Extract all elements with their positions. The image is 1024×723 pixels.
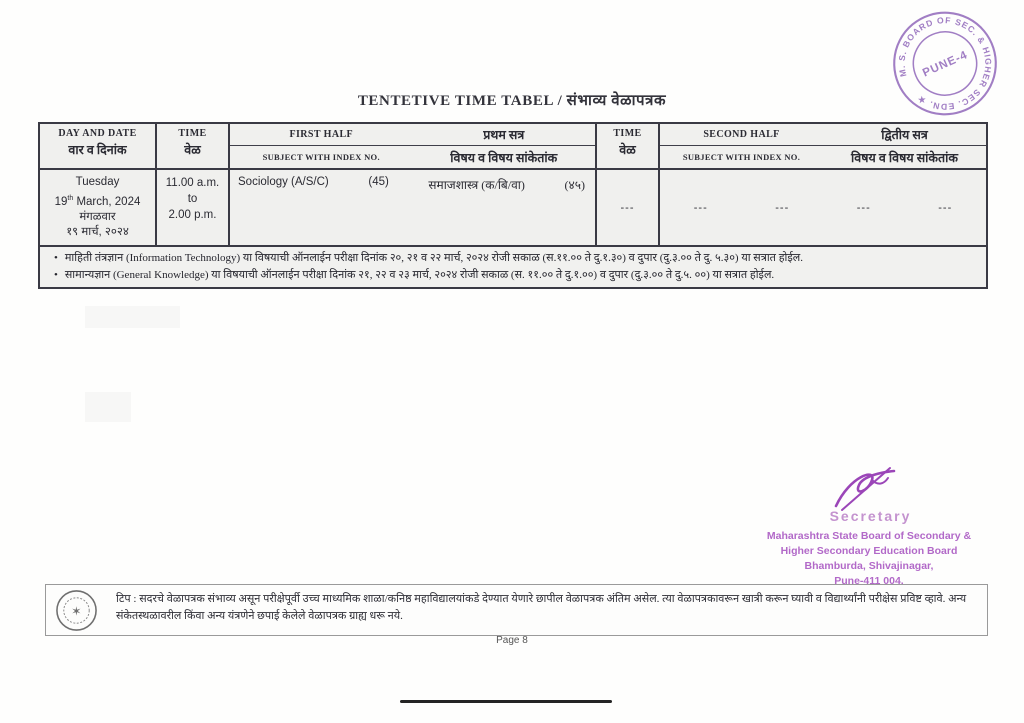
second-half-dash: ---: [857, 202, 871, 214]
board-emblem-seal-icon: ✶: [54, 588, 99, 633]
second-time-dash: ---: [621, 202, 635, 214]
second-half-dash: ---: [694, 202, 708, 214]
org-address-1: Bhamburda, Shivajinagar,: [740, 559, 998, 574]
scan-bleed-artifact: [85, 306, 180, 328]
second-half-subject-cell: --- --- --- ---: [660, 170, 986, 246]
subject-index-en: (45): [368, 176, 388, 188]
time-end: 2.00 p.m.: [169, 207, 217, 223]
header-first-subject-en: SUBJECT WITH INDEX NO.: [230, 152, 413, 162]
header-first-half-mr: प्रथम सत्र: [413, 126, 596, 143]
second-half-dash: ---: [775, 202, 789, 214]
day-name-mr: मंगळवार: [79, 210, 115, 226]
subject-index-mr: (४५): [564, 176, 584, 193]
timetable-data-row: Tuesday 19th March, 2024 मंगळवार १९ मार्…: [40, 170, 986, 246]
scanned-timetable-page: TENTETIVE TIME TABEL / संभाव्य वेळापत्रक…: [0, 0, 1024, 723]
org-line-1: Maharashtra State Board of Secondary &: [740, 529, 998, 544]
time-cell: 11.00 a.m. to 2.00 p.m.: [157, 170, 230, 246]
date-en: 19th March, 2024: [55, 191, 141, 210]
scan-bleed-artifact: [85, 392, 131, 422]
header-time-first-en: TIME: [178, 128, 206, 139]
header-day-and-date-mr: वार व दिनांक: [68, 141, 126, 158]
second-time-cell: ---: [597, 170, 660, 246]
header-first-subject-mr: विषय व विषय सांकेतांक: [413, 149, 596, 166]
page-number: Page 8: [0, 635, 1024, 646]
day-name-en: Tuesday: [76, 175, 120, 191]
org-line-2: Higher Secondary Education Board: [740, 544, 998, 559]
signatory-title: Secretary: [788, 508, 953, 524]
scan-fold-mark: [400, 700, 612, 703]
header-second-half: SECOND HALF द्वितीय सत्र SUBJECT WITH IN…: [660, 124, 986, 168]
date-mr: १९ मार्च, २०२४: [66, 225, 129, 241]
header-first-half-en: FIRST HALF: [230, 129, 413, 140]
time-start: 11.00 a.m.: [166, 175, 220, 191]
online-exam-notes: माहिती तंत्रज्ञान (Information Technolog…: [38, 245, 988, 289]
header-time-second-en: TIME: [613, 128, 641, 139]
header-day-and-date: DAY AND DATE वार व दिनांक: [40, 124, 157, 168]
note-general-knowledge: सामान्यज्ञान (General Knowledge) या विषय…: [54, 267, 976, 284]
signature-scribble: [832, 466, 904, 512]
subject-name-mr: समाजशास्त्र (क/बि/वा): [428, 176, 524, 193]
header-time-first: TIME वेळ: [157, 124, 230, 168]
header-day-and-date-en: DAY AND DATE: [58, 128, 136, 139]
stamp-center-text: PUNE-4: [921, 49, 970, 79]
timetable: DAY AND DATE वार व दिनांक TIME वेळ FIRST…: [38, 122, 988, 248]
svg-text:✶: ✶: [71, 604, 82, 618]
header-second-half-en: SECOND HALF: [660, 129, 823, 140]
header-second-subject-mr: विषय व विषय सांकेतांक: [823, 149, 986, 166]
header-time-first-mr: वेळ: [184, 141, 200, 158]
footer-disclaimer-text: टिप : सदरचे वेळापत्रक संभाव्य असून परीक्…: [116, 591, 975, 625]
timetable-header-row: DAY AND DATE वार व दिनांक TIME वेळ FIRST…: [40, 124, 986, 170]
header-time-second-mr: वेळ: [619, 141, 635, 158]
page-title: TENTETIVE TIME TABEL / संभाव्य वेळापत्रक: [0, 90, 1024, 110]
day-and-date-cell: Tuesday 19th March, 2024 मंगळवार १९ मार्…: [40, 170, 157, 246]
first-half-subject-cell: Sociology (A/S/C) (45) समाजशास्त्र (क/बि…: [230, 170, 597, 246]
header-second-half-mr: द्वितीय सत्र: [823, 126, 986, 143]
note-information-technology: माहिती तंत्रज्ञान (Information Technolog…: [54, 250, 976, 267]
signatory-organization-block: Maharashtra State Board of Secondary & H…: [740, 529, 998, 589]
footer-note-box: ✶ टिप : सदरचे वेळापत्रक संभाव्य असून परी…: [45, 584, 988, 636]
header-time-second: TIME वेळ: [597, 124, 660, 168]
header-second-subject-en: SUBJECT WITH INDEX NO.: [660, 152, 823, 162]
time-to: to: [188, 191, 198, 207]
header-first-half: FIRST HALF प्रथम सत्र SUBJECT WITH INDEX…: [230, 124, 597, 168]
subject-name-en: Sociology (A/S/C): [238, 176, 329, 188]
round-office-stamp-icon: M. S. BOARD OF SEC. & HIGHER SEC. EDN. ★…: [865, 0, 1024, 138]
second-half-dash: ---: [938, 202, 952, 214]
